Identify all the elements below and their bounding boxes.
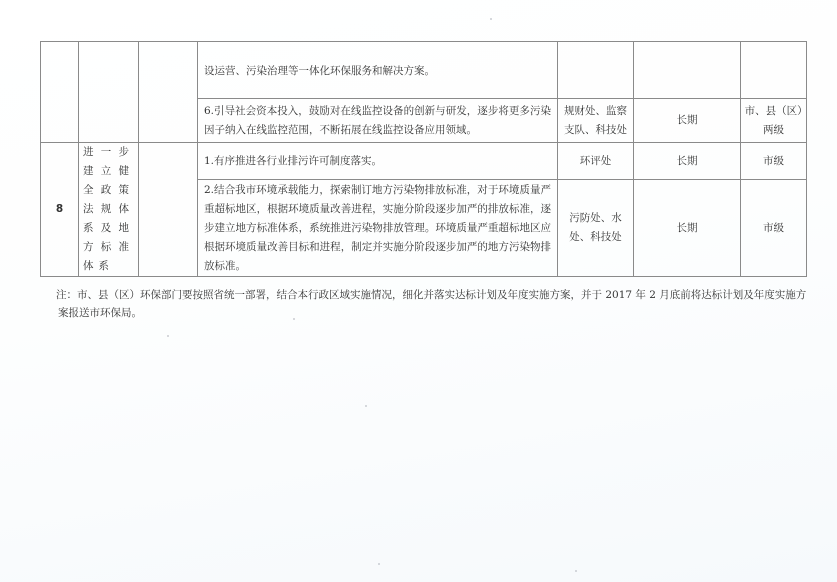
footnote: 注：市、县（区）环保部门要按照省统一部署，结合本行政区域实施情况，细化并落实达标…: [58, 286, 810, 322]
measure-content: 2.结合我市环境承载能力，探索制订地方污染物排放标准，对于环境质量严重超标地区，…: [198, 180, 558, 277]
document-page: 设运营、污染治理等一体化环保服务和解决方案。 6.引导社会资本投入，鼓励对在线监…: [0, 0, 837, 582]
deadline-cell: 长期: [634, 99, 741, 143]
scan-speck: [575, 570, 577, 572]
task-table: 设运营、污染治理等一体化环保服务和解决方案。 6.引导社会资本投入，鼓励对在线监…: [40, 41, 807, 277]
level-cell: 市级: [741, 143, 807, 180]
measure-content: 6.引导社会资本投入，鼓励对在线监控设备的创新与研发，逐步将更多污染因子纳入在线…: [198, 99, 558, 143]
level-cell: 市级: [741, 180, 807, 277]
scan-speck: [365, 405, 367, 407]
department-cell: 污防处、水处、科技处: [558, 180, 634, 277]
task-cell: [79, 42, 139, 143]
deadline-cell: 长期: [634, 180, 741, 277]
department-cell: 环评处: [558, 143, 634, 180]
scan-speck: [378, 563, 380, 565]
blank-cell: [139, 143, 198, 277]
blank-cell: [139, 42, 198, 143]
serial-cell: 8: [41, 143, 79, 277]
table-row: 8 进一步建立健全政策法规体系及地方标准体系 1.有序推进各行业排污许可制度落实…: [41, 143, 807, 180]
department-cell: 规财处、监察支队、科技处: [558, 99, 634, 143]
task-title: 进一步建立健全政策法规体系及地方标准体系: [83, 146, 134, 272]
level-cell: 市、县（区）两级: [741, 99, 807, 143]
scan-speck: [293, 318, 295, 320]
table-row: 设运营、污染治理等一体化环保服务和解决方案。: [41, 42, 807, 99]
serial-cell: [41, 42, 79, 143]
task-cell: 进一步建立健全政策法规体系及地方标准体系: [79, 143, 139, 277]
deadline-cell: 长期: [634, 143, 741, 180]
department-cell: [558, 42, 634, 99]
deadline-cell: [634, 42, 741, 99]
scan-speck: [167, 335, 169, 337]
level-cell: [741, 42, 807, 99]
scan-speck: [490, 18, 492, 20]
measure-content: 1.有序推进各行业排污许可制度落实。: [198, 143, 558, 180]
measure-content: 设运营、污染治理等一体化环保服务和解决方案。: [198, 42, 558, 99]
